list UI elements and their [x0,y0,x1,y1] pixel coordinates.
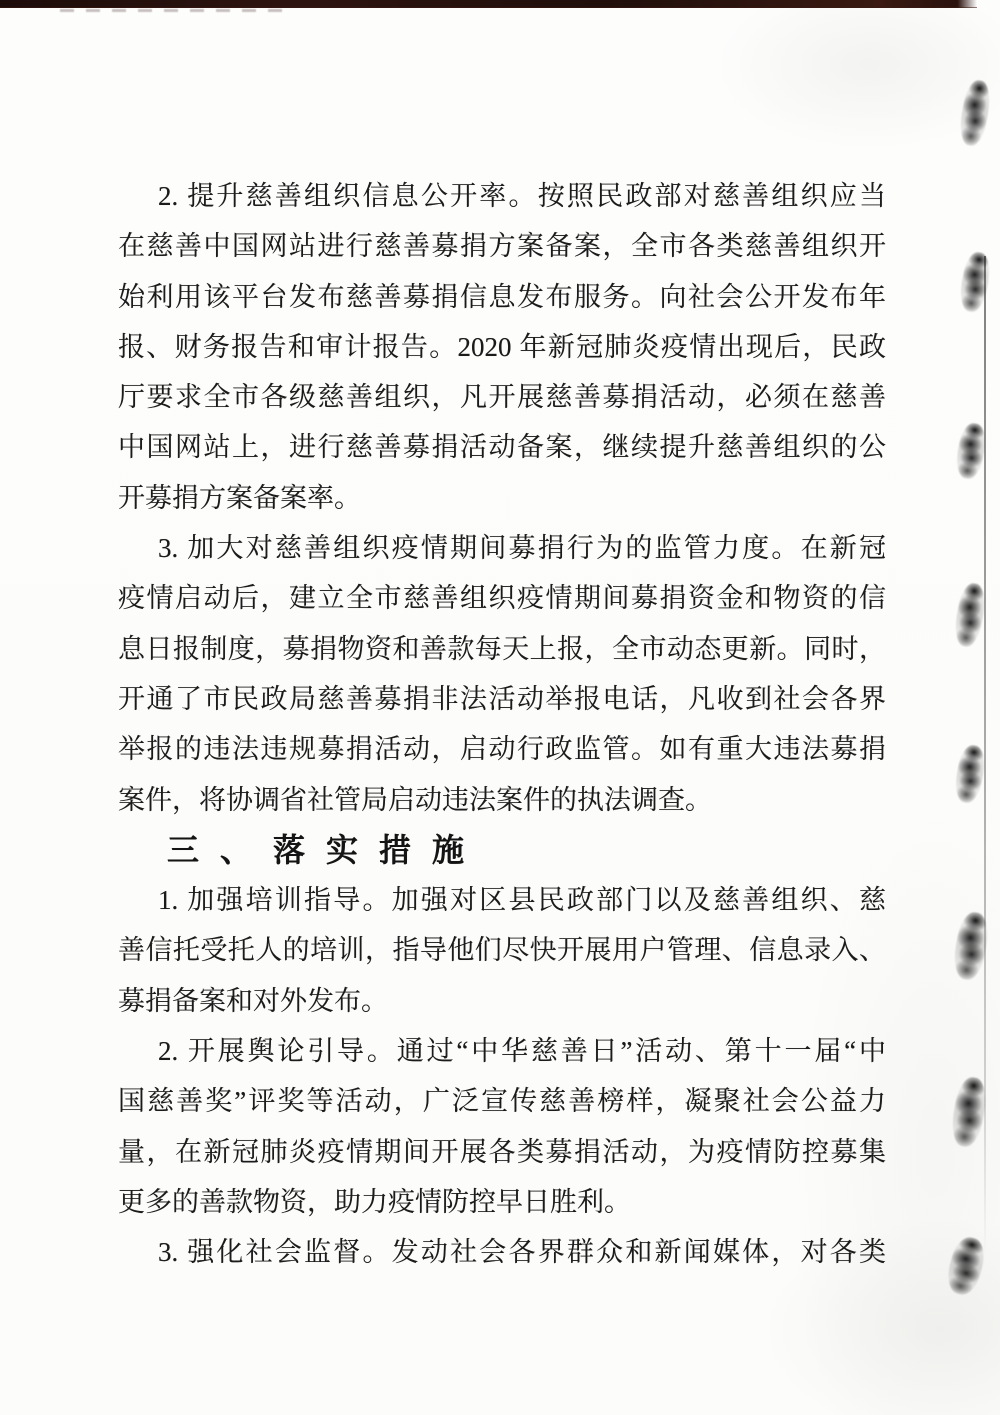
scan-top-edge-bar [0,0,977,8]
text-line: 中国网站上，进行慈善募捐活动备案，继续提升慈善组织的公 [118,422,886,472]
text-line: 在慈善中国网站进行慈善募捐方案备案，全市各类慈善组织开 [118,221,886,271]
text-line: 开募捐方案备案率。 [118,473,886,523]
text-line: 量，在新冠肺炎疫情期间开展各类募捐活动，为疫情防控募集 [118,1127,886,1177]
text-line: 2. 提升慈善组织信息公开率。按照民政部对慈善组织应当 [118,171,886,221]
text-line: 举报的违法违规募捐活动，启动行政监管。如有重大违法募捐 [118,724,886,774]
text-line: 疫情启动后，建立全市慈善组织疫情期间募捐资金和物资的信 [118,573,886,623]
scan-top-edge-shadow [60,9,290,12]
text-line: 募捐备案和对外发布。 [118,976,886,1026]
text-line: 更多的善款物资，助力疫情防控早日胜利。 [118,1177,886,1227]
text-line: 始利用该平台发布慈善募捐信息发布服务。向社会公开发布年 [118,272,886,322]
text-line: 善信托受托人的培训，指导他们尽快开展用户管理、信息录入、 [118,925,886,975]
text-line: 开通了市民政局慈善募捐非法活动举报电话，凡收到社会各界 [118,674,886,724]
text-line: 报、财务报告和审计报告。2020 年新冠肺炎疫情出现后，民政 [118,322,886,372]
text-line: 1. 加强培训指导。加强对区县民政部门以及慈善组织、慈 [118,875,886,925]
text-line: 息日报制度，募捐物资和善款每天上报，全市动态更新。同时， [118,624,886,674]
text-line: 案件，将协调省社管局启动违法案件的执法调查。 [118,775,886,825]
section-heading: 三、落实措施 [118,825,886,875]
document-body: 2. 提升慈善组织信息公开率。按照民政部对慈善组织应当 在慈善中国网站进行慈善募… [118,171,886,1278]
text-line: 厅要求全市各级慈善组织，凡开展慈善募捐活动，必须在慈善 [118,372,886,422]
text-line: 3. 强化社会监督。发动社会各界群众和新闻媒体，对各类 [118,1227,886,1277]
text-line: 2. 开展舆论引导。通过“中华慈善日”活动、第十一届“中 [118,1026,886,1076]
text-line: 国慈善奖”评奖等活动，广泛宣传慈善榜样，凝聚社会公益力 [118,1076,886,1126]
text-line: 3. 加大对慈善组织疫情期间募捐行为的监管力度。在新冠 [118,523,886,573]
